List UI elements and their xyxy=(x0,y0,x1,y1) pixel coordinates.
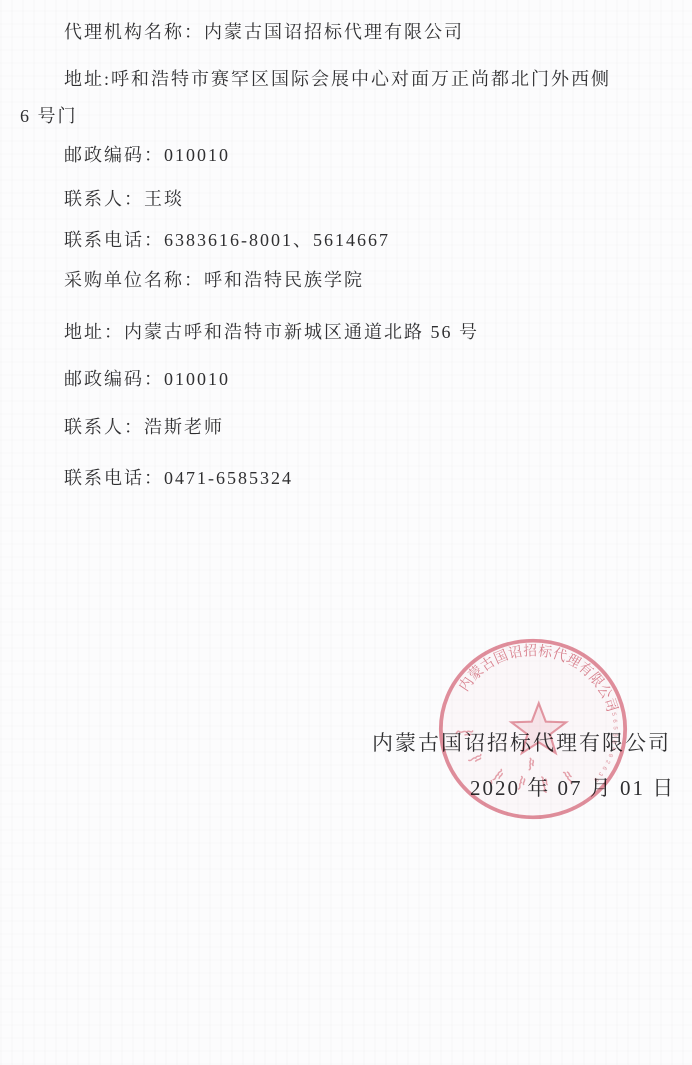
document-page: 代理机构名称：内蒙古国诏招标代理有限公司 地址:呼和浩特市赛罕区国际会展中心对面… xyxy=(0,0,692,1065)
doc-line-purchaser-name: 采购单位名称：呼和浩特民族学院 xyxy=(64,268,364,292)
doc-line-agency-contact: 联系人：王琰 xyxy=(64,187,184,211)
doc-line-agency-address: 地址:呼和浩特市赛罕区国际会展中心对面万正尚都北门外西侧 xyxy=(64,67,611,91)
doc-line-agency-postcode: 邮政编码：010010 xyxy=(64,143,230,167)
doc-line-agency-phone: 联系电话：6383616-8001、5614667 xyxy=(64,228,390,252)
doc-line-agency-name: 代理机构名称：内蒙古国诏招标代理有限公司 xyxy=(64,20,464,44)
doc-line-purchaser-postcode: 邮政编码：010010 xyxy=(64,367,230,391)
doc-line-agency-address-cont: 6 号门 xyxy=(20,104,78,128)
doc-line-purchaser-phone: 联系电话：0471-6585324 xyxy=(64,466,293,490)
doc-line-purchaser-address: 地址：内蒙古呼和浩特市新城区通道北路 56 号 xyxy=(64,320,479,344)
company-seal: 内蒙古国诏招标代理有限公司 456500502635 xyxy=(437,637,629,821)
doc-line-purchaser-contact: 联系人：浩斯老师 xyxy=(64,415,224,439)
